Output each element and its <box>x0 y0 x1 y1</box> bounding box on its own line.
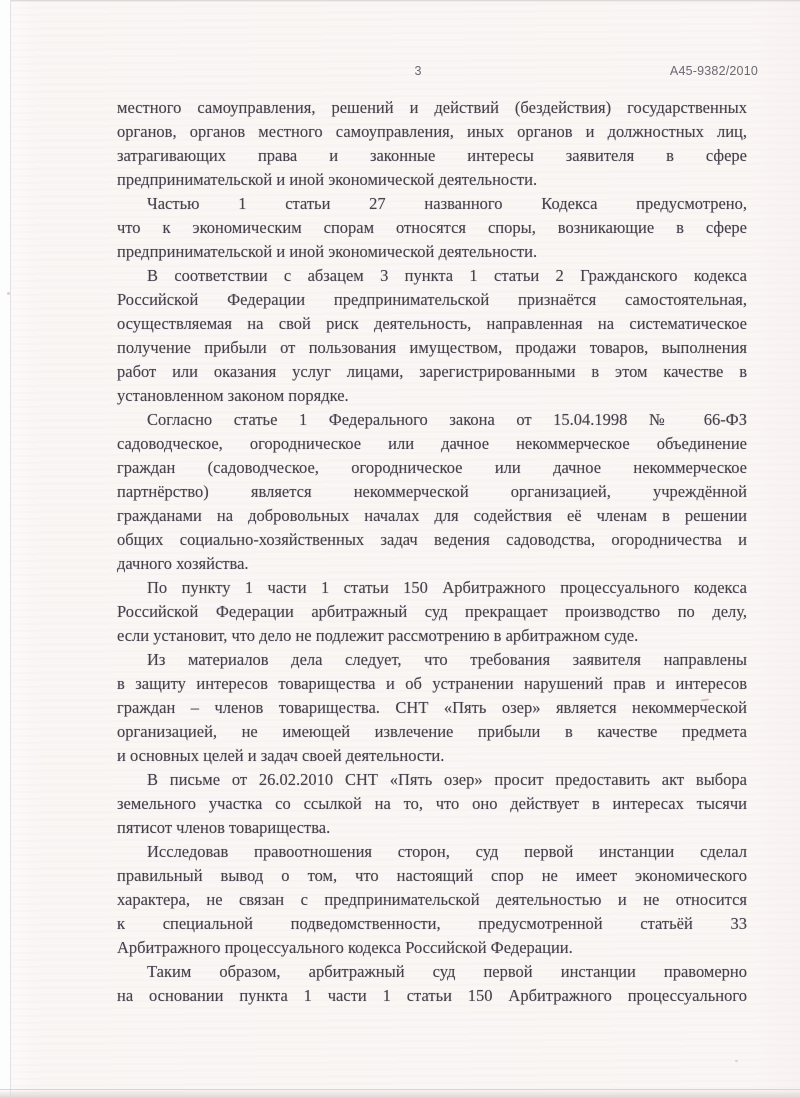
scan-speck <box>735 1060 738 1062</box>
text-line: установленном законом порядке. <box>117 384 747 408</box>
scan-bottom-edge-shadow <box>0 1089 800 1098</box>
text-line: общих социально-хозяйственных задач веде… <box>117 528 747 552</box>
text-line: Арбитражного процессуального кодекса Рос… <box>117 936 747 960</box>
text-line: затрагивающих права и законные интересы … <box>117 144 747 168</box>
text-line: Российской Федерации предпринимательской… <box>117 288 747 312</box>
text-line: пятисот членов товарищества. <box>117 816 747 840</box>
document-body: местного самоуправления, решений и дейст… <box>117 96 747 1008</box>
text-line: партнёрство) является некоммерческой орг… <box>117 480 747 504</box>
text-line: и основных целей и задач своей деятельно… <box>117 744 747 768</box>
document-header: 3 А45-9382/2010 <box>0 64 800 80</box>
text-line: граждан – членов товарищества. СНТ «Пять… <box>117 696 747 720</box>
page-number: 3 <box>404 64 432 78</box>
text-line: на основании пункта 1 части 1 статьи 150… <box>117 984 747 1008</box>
text-line: работ или оказания услуг лицами, зарегис… <box>117 360 747 384</box>
case-number: А45-9382/2010 <box>670 64 758 78</box>
text-line: Исследовав правоотношения сторон, суд пе… <box>117 840 747 864</box>
text-line: Из материалов дела следует, что требован… <box>117 648 747 672</box>
text-line: что к экономическим спорам относятся спо… <box>117 216 747 240</box>
scan-top-edge <box>0 0 800 2</box>
scan-speck <box>7 292 10 295</box>
text-line: дачного хозяйства. <box>117 552 747 576</box>
text-line: Таким образом, арбитражный суд первой ин… <box>117 960 747 984</box>
text-line: получение прибыли от пользования имущест… <box>117 336 747 360</box>
scanned-document-page: 3 А45-9382/2010 местного самоуправления,… <box>0 0 800 1098</box>
text-line: По пункту 1 части 1 статьи 150 Арбитражн… <box>117 576 747 600</box>
text-line: характера, не связан с предпринимательск… <box>117 888 747 912</box>
text-line: осуществляемая на свой риск деятельность… <box>117 312 747 336</box>
text-line: организацией, не имеющей извлечение приб… <box>117 720 747 744</box>
text-line: В письме от 26.02.2010 СНТ «Пять озер» п… <box>117 768 747 792</box>
text-line: В соответствии с абзацем 3 пункта 1 стат… <box>117 264 747 288</box>
text-line: если установит, что дело не подлежит рас… <box>117 624 747 648</box>
text-line: органов, органов местного самоуправления… <box>117 120 747 144</box>
text-line: местного самоуправления, решений и дейст… <box>117 96 747 120</box>
text-line: гражданами на добровольных началах для с… <box>117 504 747 528</box>
text-line: Согласно статье 1 Федерального закона от… <box>117 408 747 432</box>
text-line: предпринимательской и иной экономической… <box>117 168 747 192</box>
text-line: предпринимательской и иной экономической… <box>117 240 747 264</box>
text-line: Российской Федерации арбитражный суд пре… <box>117 600 747 624</box>
text-line: земельного участка со ссылкой на то, что… <box>117 792 747 816</box>
scan-left-edge <box>0 0 11 1098</box>
text-line: к специальной подведомственности, предус… <box>117 912 747 936</box>
text-line: в защиту интересов товарищества и об уст… <box>117 672 747 696</box>
text-line: садоводческое, огородническое или дачное… <box>117 432 747 456</box>
text-line: правильный вывод о том, что настоящий сп… <box>117 864 747 888</box>
text-line: Частью 1 статьи 27 названного Кодекса пр… <box>117 192 747 216</box>
text-line: граждан (садоводческое, огородническое и… <box>117 456 747 480</box>
